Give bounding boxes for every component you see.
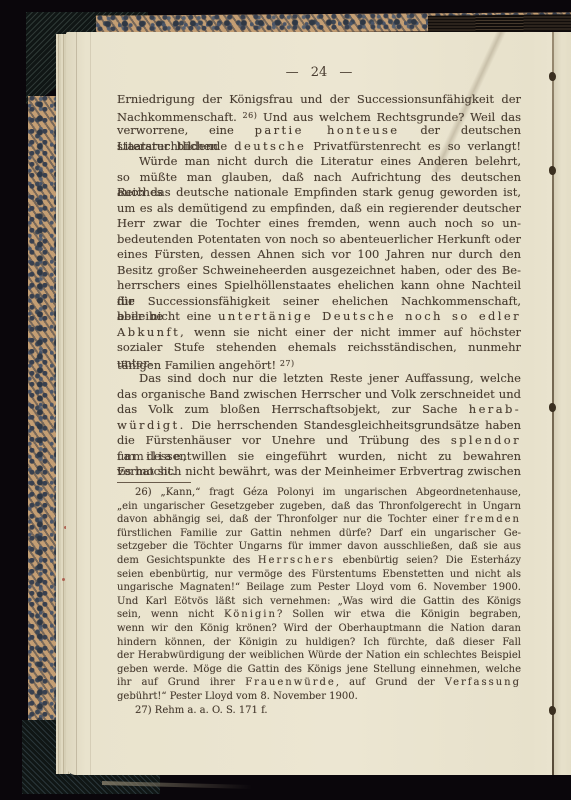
text-segment: ebenbürtig seien? Die Esterházy (335, 555, 521, 566)
text-line: sein, wenn nicht Königin? Sollen wir etw… (117, 608, 521, 622)
text-line: „ein ungarischer Gesetzgeber zugeben, da… (117, 500, 521, 514)
text-line: geben werde. Möge die Gattin des Königs … (117, 663, 521, 677)
text-segment: Frauenwürde (245, 677, 336, 688)
text-segment: würdigt. (117, 418, 186, 432)
text-line: das Volk zum bloßen Herrschaftsobjekt, z… (117, 402, 521, 418)
text-segment: Erniedrigung der Königsfrau und der Succ… (117, 92, 521, 106)
footnote-reference: 27) (280, 359, 295, 368)
text-line: seien ebenbürtig, nur vermöge des Fürste… (117, 568, 521, 582)
text-segment: auch das deutsche nationale Empfinden st… (117, 185, 521, 199)
binding-stitch (549, 403, 556, 412)
binding-stitch (549, 706, 556, 715)
text-segment: deutsche (234, 139, 306, 153)
text-line: Und Karl Eötvös läßt sich vernehmen: „Wa… (117, 595, 521, 609)
page-edges-top (428, 14, 571, 32)
text-line: hindern können, der Königin zu huldigen?… (117, 636, 521, 650)
binding-stitch (549, 166, 556, 175)
paper-speck (62, 578, 65, 581)
footnote-separator (117, 482, 191, 483)
text-line: die Successionsfähigkeit seiner eheliche… (117, 294, 521, 310)
book-page: — 24 — Erniedrigung der Königsfrau und d… (66, 32, 571, 775)
text-line: gebührt!“ Pester Lloyd vom 8. November 1… (117, 690, 521, 704)
text-segment: 26) „Kann,“ fragt Géza Polonyi im ungari… (135, 487, 521, 498)
text-segment: Verfassung (445, 677, 521, 688)
page-number: — 24 — (117, 65, 521, 80)
page-fold-line (76, 32, 77, 775)
text-segment: Herr zwar die Tochter eines fremden, wen… (117, 216, 521, 230)
text-line: davon abhängig sei, daß der Thronfolger … (117, 513, 521, 527)
text-segment: aber nicht eine (117, 309, 218, 323)
text-segment: das organische Band zwischen Herrscher u… (117, 387, 521, 401)
text-segment: herab- (469, 402, 521, 416)
text-segment: Nachkommenschaft. (117, 110, 243, 124)
text-segment: tänigen Familien angehört! (117, 358, 280, 372)
page-fold-line (90, 32, 91, 775)
text-segment: setzgeber die Töchter Ungarns für immer … (117, 541, 521, 552)
text-line: tänigen Familien angehört! 27) (117, 356, 521, 372)
text-segment: 27) Rehm a. a. O. S. 171 f. (135, 705, 268, 716)
binding-gutter-highlight (554, 32, 571, 775)
footnote-text: 26) „Kann,“ fragt Géza Polonyi im ungari… (117, 486, 521, 717)
text-segment: Abkunft, (117, 325, 186, 339)
text-line: ihr auf Grund ihrer Frauenwürde, auf Gru… (117, 676, 521, 690)
text-segment: um es als demütigend zu empfinden, daß e… (117, 201, 521, 215)
text-line: Erniedrigung der Königsfrau und der Succ… (117, 92, 521, 108)
text-line: bedeutenden Potentaten von noch so abent… (117, 232, 521, 248)
text-segment: Königin (224, 609, 277, 620)
text-segment: „ein ungarischer Gesetzgeber zugeben, da… (117, 501, 521, 512)
text-segment: wenn wir den König krönen? Wird der Ober… (117, 623, 521, 634)
text-segment: gebührt!“ Pester Lloyd vom 8. November 1… (117, 691, 358, 702)
text-segment: Besitz großer Schweineheerden ausgezeich… (117, 263, 521, 277)
text-segment: wenn sie nicht einer der nicht immer auf… (186, 325, 521, 339)
text-line: um dessentwillen sie eingeführt wurden, … (117, 449, 521, 465)
text-segment: Die herrschenden Standesgleichheitsgrund… (186, 418, 521, 432)
text-line: Das sind doch nur die letzten Reste jene… (117, 371, 521, 387)
text-segment: ungarische Magnaten!“ Beilage zum Pester… (117, 582, 521, 593)
text-line: 27) Rehm a. a. O. S. 171 f. (117, 704, 521, 718)
text-line: ungarische Magnaten!“ Beilage zum Pester… (117, 581, 521, 595)
text-segment: fürstlichen Familie zur Gattin nehmen dü… (117, 528, 521, 539)
text-segment: , auf Grund der (336, 677, 445, 688)
text-segment: Und aus welchem Rechtsgrunde? Weil das (257, 110, 521, 124)
text-line: auch das deutsche nationale Empfinden st… (117, 185, 521, 201)
text-segment: Es hat sich nicht bewährt, was der Meinh… (117, 464, 521, 478)
text-segment: fremden (464, 514, 521, 525)
text-line: setzgeber die Töchter Ungarns für immer … (117, 540, 521, 554)
text-segment: der Herabwürdigung der weiblichen Würde … (117, 650, 521, 661)
text-line: verworrene, eine partie honteuse der deu… (117, 123, 521, 139)
text-line: um es als demütigend zu empfinden, daß e… (117, 201, 521, 217)
text-line: Besitz großer Schweineheerden ausgezeich… (117, 263, 521, 279)
text-line: Literatur bildende deutsche Privatfürste… (117, 139, 521, 155)
text-segment: ihr auf Grund ihrer (117, 677, 245, 688)
text-line: Nachkommenschaft. 26) Und aus welchem Re… (117, 108, 521, 124)
text-segment: sein, wenn nicht (117, 609, 224, 620)
text-segment: partie honteuse (255, 123, 400, 137)
text-line: wenn wir den König krönen? Wird der Ober… (117, 622, 521, 636)
text-segment: untertänige Deutsche noch so edler (218, 309, 521, 323)
text-segment: geben werde. Möge die Gattin des Königs … (117, 664, 521, 675)
text-segment: eines Fürsten, dessen Ahnen sich vor 100… (117, 247, 521, 261)
text-line: der Herabwürdigung der weiblichen Würde … (117, 649, 521, 663)
text-line: aber nicht eine untertänige Deutsche noc… (117, 309, 521, 325)
text-segment: davon abhängig sei, daß der Thronfolger … (117, 514, 464, 525)
marbled-edge-left (28, 96, 58, 728)
text-segment: die Fürstenhäuser vor Unehre und Trübung… (117, 433, 451, 447)
text-segment: verworrene, eine (117, 123, 255, 137)
text-line: Herr zwar die Tochter eines fremden, wen… (117, 216, 521, 232)
text-line: sozialer Stufe stehenden ehemals reichss… (117, 340, 521, 356)
text-line: Es hat sich nicht bewährt, was der Meinh… (117, 464, 521, 480)
text-line: das organische Band zwischen Herrscher u… (117, 387, 521, 403)
text-segment: Literatur bildende (117, 139, 234, 153)
text-line: herrschers eines Spielhöllenstaates ehel… (117, 278, 521, 294)
text-line: so müßte man glauben, daß nach Aufrichtu… (117, 170, 521, 186)
text-line: eines Fürsten, dessen Ahnen sich vor 100… (117, 247, 521, 263)
text-line: Würde man nicht durch die Literatur eine… (117, 154, 521, 170)
text-segment: Und Karl Eötvös läßt sich vernehmen: „Wa… (117, 596, 521, 607)
text-segment: Privatfürstenrecht es so verlangt! (306, 139, 521, 153)
binding-stitch (549, 72, 556, 81)
text-segment: das Volk zum bloßen Herrschaftsobjekt, z… (117, 402, 469, 416)
text-segment: hindern können, der Königin zu huldigen?… (117, 637, 521, 648)
text-line: die Fürstenhäuser vor Unehre und Trübung… (117, 433, 521, 449)
text-segment: Würde man nicht durch die Literatur eine… (139, 154, 521, 168)
body-text: Erniedrigung der Königsfrau und der Succ… (117, 92, 521, 480)
footnote-reference: 26) (243, 111, 258, 120)
text-line: fürstlichen Familie zur Gattin nehmen dü… (117, 527, 521, 541)
text-segment: Das sind doch nur die letzten Reste jene… (139, 371, 521, 385)
text-segment: Herrschers (258, 555, 335, 566)
book-photo: — 24 — Erniedrigung der Königsfrau und d… (0, 0, 571, 800)
text-segment: ? Sollen wir etwa die Königin begraben, (277, 609, 521, 620)
text-line: 26) „Kann,“ fragt Géza Polonyi im ungari… (117, 486, 521, 500)
text-segment: seien ebenbürtig, nur vermöge des Fürste… (117, 569, 521, 580)
text-segment: dem Gesichtspunkte des (117, 555, 258, 566)
text-segment: bedeutenden Potentaten von noch so abent… (117, 232, 521, 246)
text-line: würdigt. Die herrschenden Standesgleichh… (117, 418, 521, 434)
text-line: dem Gesichtspunkte des Herrschers ebenbü… (117, 554, 521, 568)
text-line: Abkunft, wenn sie nicht einer der nicht … (117, 325, 521, 341)
